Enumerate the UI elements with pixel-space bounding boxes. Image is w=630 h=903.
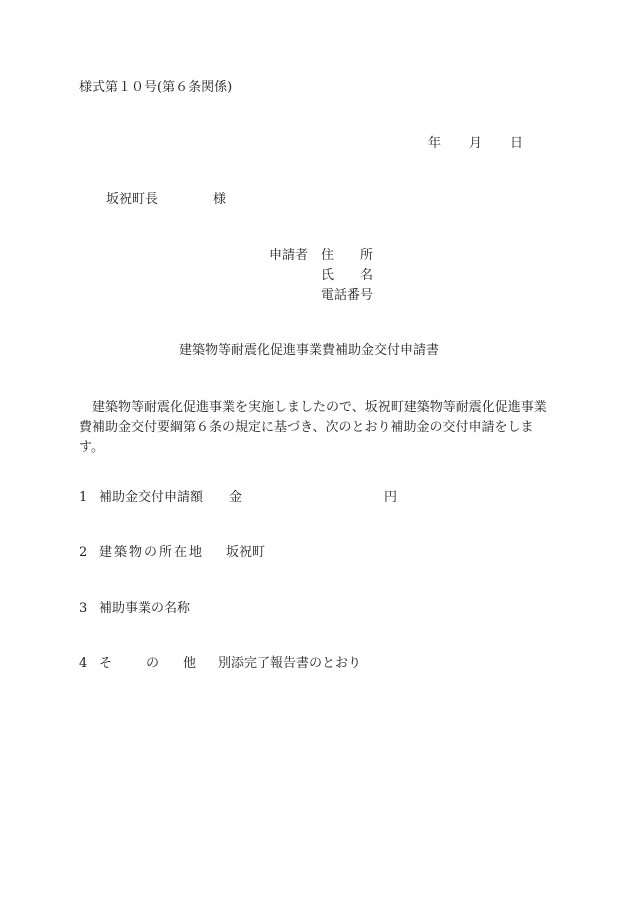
item-label: 建築物の所在地 (99, 545, 204, 560)
item-number: 1 (79, 491, 99, 504)
item-number: 2 (79, 546, 99, 559)
item-project-name: 3補助事業の名称 (79, 602, 190, 615)
name-label: 氏 名 (321, 269, 373, 289)
item-number: 3 (79, 602, 99, 615)
phone-label: 電話番号 (321, 289, 373, 309)
addressee-honorific: 様 (213, 192, 226, 207)
item-building-location: 2建築物の所在地坂祝町 (79, 546, 265, 559)
applicant-label: 申請者 (269, 249, 308, 262)
item-label: 補助事業の名称 (99, 601, 190, 616)
month-label: 月 (469, 137, 482, 150)
item-other: 4その他別添完了報告書のとおり (79, 657, 361, 670)
amount-unit: 円 (384, 490, 397, 505)
day-label: 日 (510, 137, 523, 150)
item-subsidy-amount: 1補助金交付申請額金円 (79, 491, 397, 504)
item-value: 別添完了報告書のとおり (218, 656, 361, 671)
document-title: 建築物等耐震化促進事業費補助金交付申請書 (179, 344, 439, 357)
body-paragraph: 建築物等耐震化促進事業を実施しましたので、坂祝町建築物等耐震化促進事業費補助金交… (79, 398, 549, 458)
item-value: 坂祝町 (226, 545, 265, 560)
item-number: 4 (79, 657, 99, 670)
year-label: 年 (428, 137, 441, 150)
addressee-name: 坂祝町長 (106, 192, 158, 207)
item-label: 補助金交付申請額 (99, 490, 203, 505)
applicant-fields: 住 所 氏 名 電話番号 (321, 249, 373, 309)
amount-prefix: 金 (229, 490, 242, 505)
date-line: 年月日 (428, 137, 523, 150)
addressee: 坂祝町長様 (106, 193, 226, 206)
form-number: 様式第１０号(第６条関係) (79, 81, 232, 94)
item-label: その他 (99, 656, 196, 671)
address-label: 住 所 (321, 249, 373, 269)
